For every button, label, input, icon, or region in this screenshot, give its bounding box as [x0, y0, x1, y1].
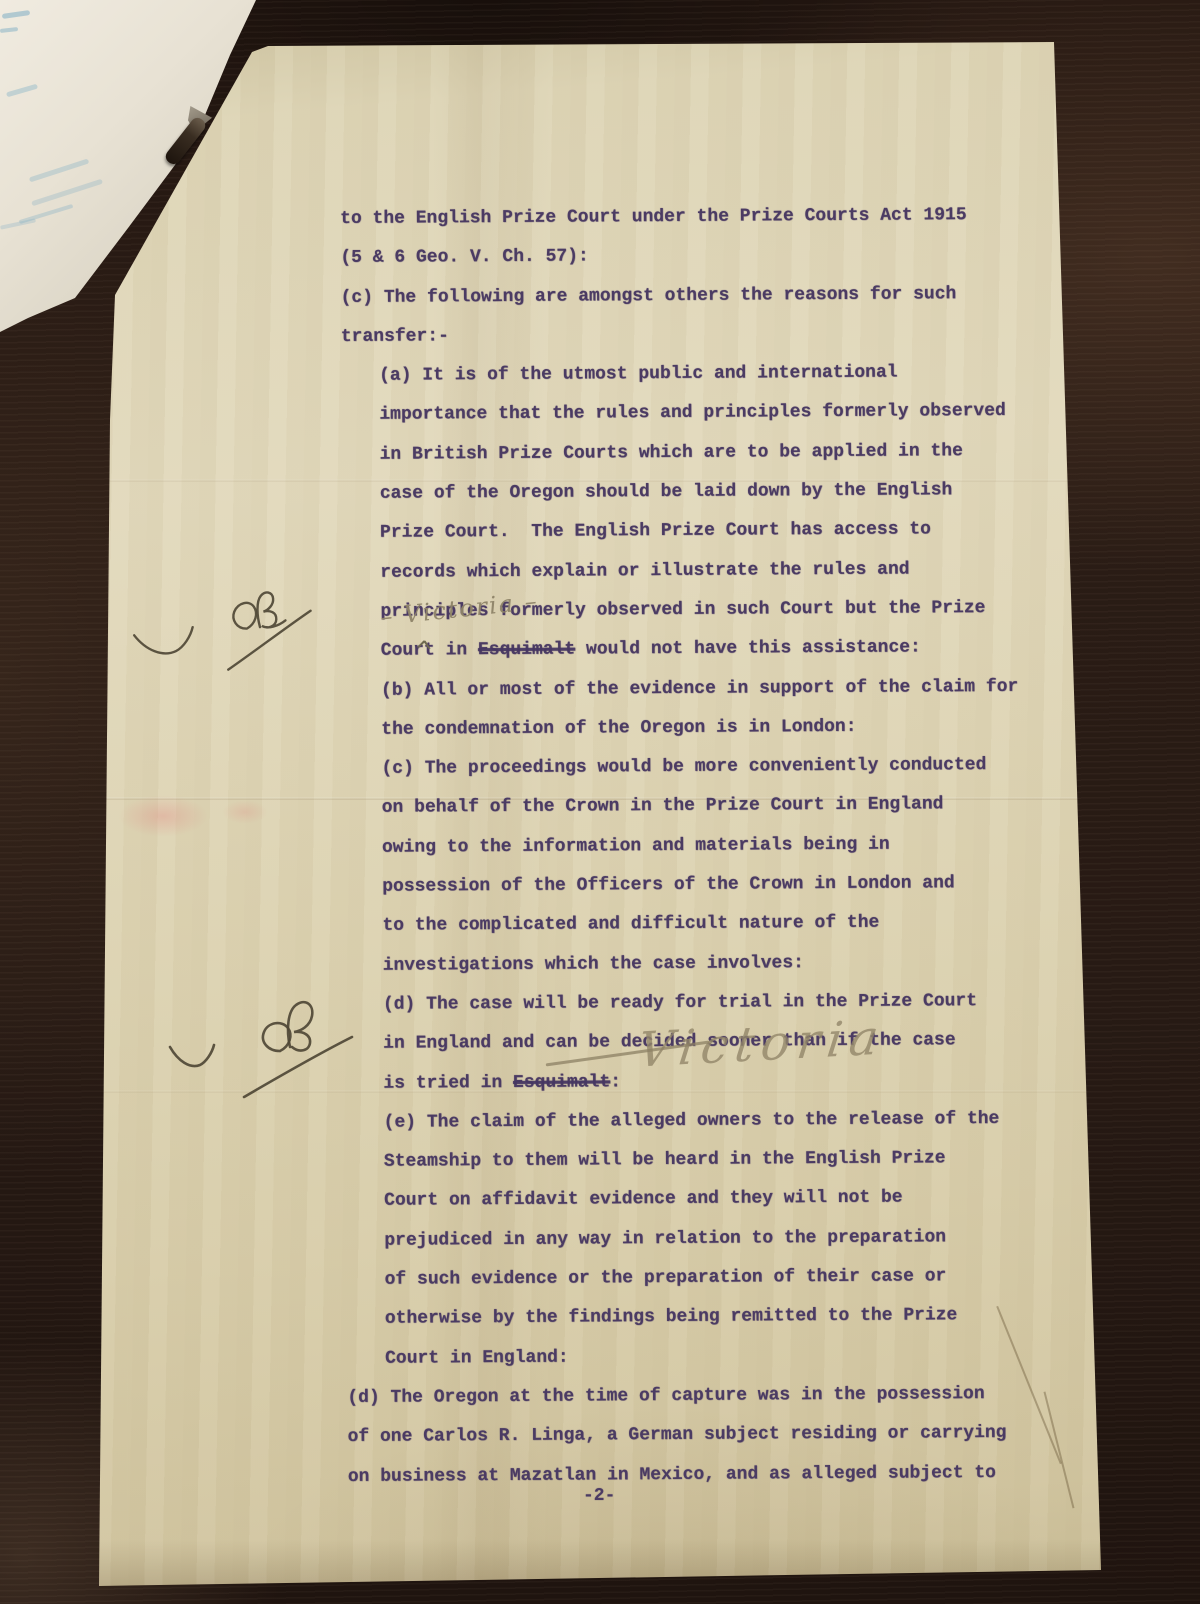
typed-segment: of one Carlos R. Linga, a German subject…: [347, 1423, 1006, 1447]
typed-line: transfer:-: [341, 313, 1081, 357]
typed-segment: Court on affidavit evidence and they wil…: [384, 1188, 903, 1211]
typed-line: (c) The proceedings would be more conven…: [343, 746, 1083, 790]
typed-line: (d) The Oregon at the time of capture wa…: [347, 1374, 1087, 1418]
typed-line: (5 & 6 Geo. V. Ch. 57):: [340, 235, 1080, 279]
typed-line: Prize Court. The English Prize Court has…: [342, 510, 1082, 554]
typed-line: (a) It is of the utmost public and inter…: [341, 353, 1081, 397]
insertion-caret-mark: ^: [412, 636, 434, 669]
typed-segment: (e) The claim of the alleged owners to t…: [384, 1109, 1000, 1133]
pink-stain: [118, 795, 208, 837]
typed-segment: (d) The case will be ready for trial in …: [383, 991, 977, 1015]
typed-line: case of the Oregon should be laid down b…: [342, 471, 1082, 515]
blue-ink-smudge: [29, 159, 89, 182]
typed-segment: importance that the rules and principles…: [379, 401, 1006, 425]
typed-segment: (b) All or most of the evidence in suppo…: [381, 676, 1018, 700]
typed-line: to the English Prize Court under the Pri…: [340, 195, 1080, 239]
checkmark-icon: [170, 1045, 214, 1066]
pink-stain: [222, 800, 268, 824]
blue-ink-smudge: [19, 204, 74, 224]
initial-o-stroke: [263, 1023, 290, 1051]
blue-ink-mark: [0, 27, 18, 33]
initial-o-stroke: [232, 602, 257, 630]
typed-line: prejudiced in any way in relation to the…: [346, 1217, 1086, 1261]
typed-segment: the condemnation of the Oregon is in Lon…: [381, 717, 856, 740]
ob-initials-annotation-bottom: [160, 985, 360, 1105]
typed-segment: on behalf of the Crown in the Prize Cour…: [382, 795, 944, 818]
typed-segment: prejudiced in any way in relation to the…: [384, 1227, 946, 1250]
typed-segment: :: [610, 1072, 621, 1092]
typed-segment: Steamship to them will be heard in the E…: [384, 1148, 946, 1171]
typed-segment: is tried in: [383, 1072, 513, 1093]
checkmark-icon: [134, 627, 195, 656]
typed-line: (e) The claim of the alleged owners to t…: [346, 1099, 1086, 1143]
typed-line: owing to the information and materials b…: [344, 824, 1084, 868]
underline-flourish: [244, 1037, 352, 1097]
typed-line: to the complicated and difficult nature …: [344, 903, 1084, 947]
typed-segment: otherwise by the findings being remitted…: [385, 1306, 958, 1329]
page-number: -2-: [583, 1486, 615, 1506]
typed-segment: in England and can be decided sooner tha…: [383, 1030, 956, 1053]
typed-line: importance that the rules and principles…: [341, 392, 1081, 436]
blue-ink-smudge: [31, 179, 103, 206]
typed-line: the condemnation of the Oregon is in Lon…: [343, 706, 1083, 750]
typed-line: Steamship to them will be heard in the E…: [346, 1139, 1086, 1183]
initial-b-stroke: [256, 591, 286, 629]
ob-initials-annotation-top: [123, 564, 323, 693]
blue-ink-mark: [6, 84, 38, 98]
typed-line: on business at Mazatlan in Mexico, and a…: [348, 1453, 1088, 1497]
typed-segment: possession of the Officers of the Crown …: [382, 873, 955, 896]
typed-line: possession of the Officers of the Crown …: [344, 864, 1084, 908]
underline-flourish: [223, 611, 316, 670]
typed-segment: records which explain or illustrate the …: [380, 559, 909, 582]
typed-line: principles formerly observed in such Cou…: [342, 588, 1082, 632]
typed-line: in British Prize Courts which are to be …: [341, 431, 1081, 475]
typed-line: Court in England:: [347, 1335, 1087, 1379]
typed-segment: (c) The proceedings would be more conven…: [381, 755, 986, 779]
typed-segment: to the complicated and difficult nature …: [382, 913, 879, 936]
typed-segment: (5 & 6 Geo. V. Ch. 57):: [340, 247, 589, 269]
typed-line: on behalf of the Crown in the Prize Cour…: [344, 785, 1084, 829]
typed-line: (d) The case will be ready for trial in …: [345, 981, 1085, 1025]
typed-segment: (d) The Oregon at the time of capture wa…: [347, 1384, 984, 1408]
typed-line: investigations which the case involves:: [345, 942, 1085, 986]
typed-segment: on business at Mazatlan in Mexico, and a…: [348, 1463, 996, 1487]
typed-segment: to the English Prize Court under the Pri…: [340, 205, 967, 229]
initial-b-stroke: [288, 1002, 312, 1050]
document-photo-scene: to the English Prize Court under the Pri…: [0, 0, 1200, 1604]
blue-ink-smudge: [0, 218, 36, 229]
typed-segment: of such evidence or the preparation of t…: [385, 1266, 947, 1289]
typed-line: in England and can be decided sooner tha…: [345, 1021, 1085, 1065]
typed-line: (c) The following are amongst others the…: [340, 274, 1080, 318]
typed-line: Court in Esquimalt would not have this a…: [343, 628, 1083, 672]
typed-line: otherwise by the findings being remitted…: [347, 1296, 1087, 1340]
struck-word: Esquimalt: [513, 1072, 610, 1093]
typed-segment: in British Prize Courts which are to be …: [379, 441, 962, 465]
typed-segment: transfer:-: [341, 326, 449, 347]
struck-word: Esquimalt: [478, 640, 575, 661]
typed-segment: (a) It is of the utmost public and inter…: [379, 363, 898, 386]
typed-text-block: to the English Prize Court under the Pri…: [340, 195, 1088, 1496]
typed-line: of one Carlos R. Linga, a German subject…: [347, 1414, 1087, 1458]
typed-line: (b) All or most of the evidence in suppo…: [343, 667, 1083, 711]
blue-ink-mark: [2, 10, 30, 19]
typed-segment: owing to the information and materials b…: [382, 834, 890, 857]
typed-segment: would not have this assistance:: [575, 638, 921, 660]
typed-line: Court on affidavit evidence and they wil…: [346, 1178, 1086, 1222]
typed-line: is tried in Esquimalt:: [345, 1060, 1085, 1104]
document-page: to the English Prize Court under the Pri…: [0, 0, 1200, 1604]
typed-line: of such evidence or the preparation of t…: [346, 1256, 1086, 1300]
typed-segment: investigations which the case involves:: [383, 953, 804, 976]
typed-segment: principles formerly observed in such Cou…: [380, 598, 985, 622]
typed-segment: Court in England:: [385, 1347, 569, 1368]
typed-line: records which explain or illustrate the …: [342, 549, 1082, 593]
typed-segment: case of the Oregon should be laid down b…: [380, 480, 953, 503]
typed-segment: (c) The following are amongst others the…: [341, 284, 957, 308]
typed-segment: Prize Court. The English Prize Court has…: [380, 520, 931, 543]
